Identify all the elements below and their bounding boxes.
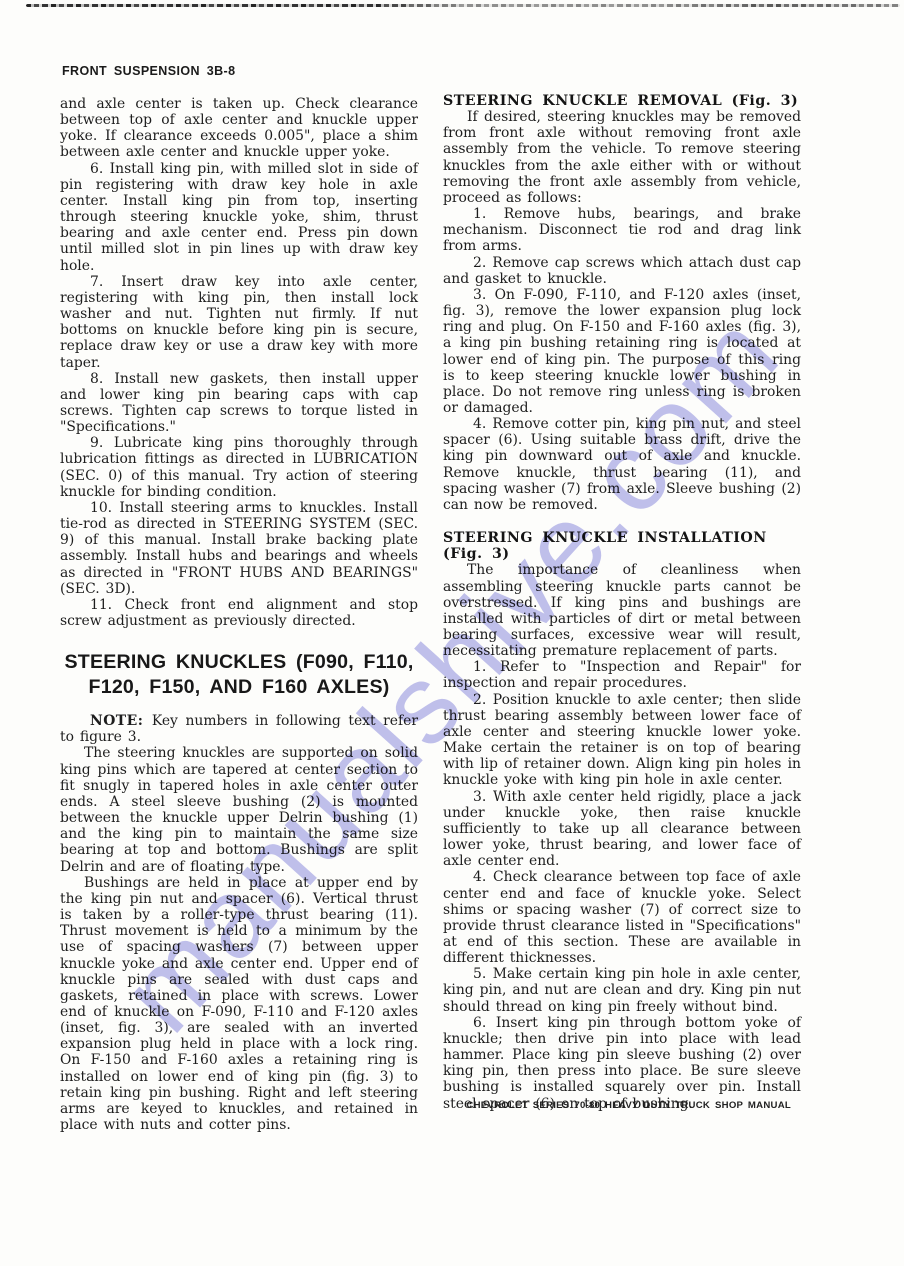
paragraph: NOTE: Key numbers in following text refe… xyxy=(60,713,418,745)
paragraph: 2. Remove cap screws which attach dust c… xyxy=(443,255,801,287)
paragraph: 9. Lubricate king pins thoroughly throug… xyxy=(60,435,418,500)
paragraph: Bushings are held in place at upper end … xyxy=(60,875,418,1134)
paragraph: The importance of cleanliness when assem… xyxy=(443,562,801,659)
paragraph: 1. Remove hubs, bearings, and brake mech… xyxy=(443,206,801,254)
section-heading: STEERING KNUCKLE REMOVAL (Fig. 3) xyxy=(443,93,801,109)
paragraph: 11. Check front end alignment and stop s… xyxy=(60,597,418,629)
paragraph: 8. Install new gaskets, then install upp… xyxy=(60,371,418,436)
paragraph: The steering knuckles are supported on s… xyxy=(60,745,418,874)
paragraph: 4. Remove cotter pin, king pin nut, and … xyxy=(443,416,801,513)
paragraph: 3. On F-090, F-110, and F-120 axles (ins… xyxy=(443,287,801,416)
page-header: FRONT SUSPENSION 3B-8 xyxy=(62,64,235,78)
paragraph: 5. Make certain king pin hole in axle ce… xyxy=(443,966,801,1014)
section-heading: STEERING KNUCKLE INSTALLATION (Fig. 3) xyxy=(443,530,801,562)
right-column: STEERING KNUCKLE REMOVAL (Fig. 3)If desi… xyxy=(443,93,801,1112)
paragraph: 6. Install king pin, with milled slot in… xyxy=(60,161,418,274)
paragraph: 10. Install steering arms to knuckles. I… xyxy=(60,500,418,597)
page-footer: CHEVROLET SERIES 70-80 HEAVY DUTY TRUCK … xyxy=(466,1100,791,1111)
paragraph: 6. Insert king pin through bottom yoke o… xyxy=(443,1015,801,1112)
left-column: and axle center is taken up. Check clear… xyxy=(60,96,418,1133)
paragraph: 2. Position knuckle to axle center; then… xyxy=(443,692,801,789)
paragraph: 4. Check clearance between top face of a… xyxy=(443,869,801,966)
section-heading: STEERING KNUCKLES (F090, F110, F120, F15… xyxy=(60,650,418,700)
paragraph: 3. With axle center held rigidly, place … xyxy=(443,789,801,870)
paragraph: If desired, steering knuckles may be rem… xyxy=(443,109,801,206)
scan-artifact-line xyxy=(26,4,900,7)
paragraph: 7. Insert draw key into axle center, reg… xyxy=(60,274,418,371)
paragraph: 1. Refer to "Inspection and Repair" for … xyxy=(443,659,801,691)
manual-page: FRONT SUSPENSION 3B-8 and axle center is… xyxy=(0,0,904,1266)
paragraph: and axle center is taken up. Check clear… xyxy=(60,96,418,161)
